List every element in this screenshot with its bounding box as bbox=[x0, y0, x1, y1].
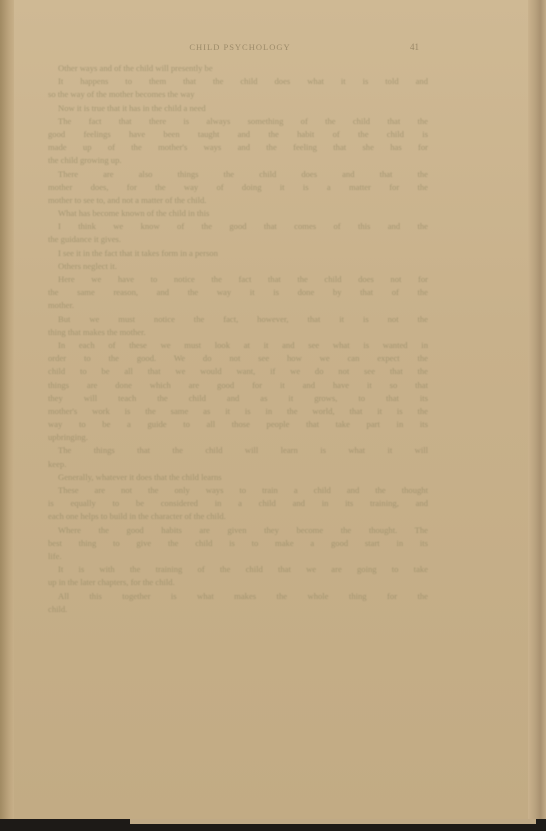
text-line: In each of these we must look at it and … bbox=[48, 339, 428, 352]
text-line: I think we know of the good that comes o… bbox=[48, 220, 428, 233]
text-line: It happens to them that the child does w… bbox=[48, 75, 428, 88]
text-line: There are also things the child does and… bbox=[48, 168, 428, 181]
text-line: the guidance it gives. bbox=[48, 233, 428, 246]
scan-bottom-edge bbox=[0, 819, 546, 831]
text-line: All this together is what makes the whol… bbox=[48, 590, 428, 603]
text-line: Other ways and of the child will present… bbox=[48, 62, 428, 75]
text-line: things are done which are good for it an… bbox=[48, 379, 428, 392]
text-line: mother does, for the way of doing it is … bbox=[48, 181, 428, 194]
text-line: Here we have to notice the fact that the… bbox=[48, 273, 428, 286]
text-line: It is with the training of the child tha… bbox=[48, 563, 428, 576]
body-text: Other ways and of the child will present… bbox=[48, 62, 428, 616]
text-line: up in the later chapters, for the child. bbox=[48, 576, 428, 589]
text-line: order to the good. We do not see how we … bbox=[48, 352, 428, 365]
text-line: The fact that there is always something … bbox=[48, 115, 428, 128]
text-line: is equally to be considered in a child a… bbox=[48, 497, 428, 510]
text-line: each one helps to build in the character… bbox=[48, 510, 428, 523]
text-line: What has become known of the child in th… bbox=[48, 207, 428, 220]
text-line: mother's work is the same as it is in th… bbox=[48, 405, 428, 418]
book-spine-shadow bbox=[0, 0, 14, 831]
text-line: best thing to give the child is to make … bbox=[48, 537, 428, 550]
page-edge-right bbox=[528, 0, 546, 831]
text-line: Generally, whatever it does that the chi… bbox=[48, 471, 428, 484]
text-line: upbringing. bbox=[48, 431, 428, 444]
text-line: mother. bbox=[48, 299, 428, 312]
text-line: the child growing up. bbox=[48, 154, 428, 167]
page-bottom-lip bbox=[130, 819, 536, 824]
text-line: they will teach the child and as it grow… bbox=[48, 392, 428, 405]
text-line: way to be a guide to all those people th… bbox=[48, 418, 428, 431]
text-line: Now it is true that it has in the child … bbox=[48, 102, 428, 115]
text-line: The things that the child will learn is … bbox=[48, 444, 428, 457]
text-line: mother to see to, and not a matter of th… bbox=[48, 194, 428, 207]
text-line: good feelings have been taught and the h… bbox=[48, 128, 428, 141]
text-line: child to be all that we would want, if w… bbox=[48, 365, 428, 378]
text-line: child. bbox=[48, 603, 428, 616]
text-line: made up of the mother's ways and the fee… bbox=[48, 141, 428, 154]
text-line: But we must notice the fact, however, th… bbox=[48, 313, 428, 326]
text-line: so the way of the mother becomes the way bbox=[48, 88, 428, 101]
text-line: life. bbox=[48, 550, 428, 563]
text-line: I see it in the fact that it takes form … bbox=[48, 247, 428, 260]
text-line: the same reason, and the way it is done … bbox=[48, 286, 428, 299]
text-line: thing that makes the mother. bbox=[48, 326, 428, 339]
text-line: Others neglect it. bbox=[48, 260, 428, 273]
page-number: 41 bbox=[410, 42, 419, 52]
text-line: These are not the only ways to train a c… bbox=[48, 484, 428, 497]
text-line: keep. bbox=[48, 458, 428, 471]
text-line: Where the good habits are given they bec… bbox=[48, 524, 428, 537]
running-head: CHILD PSYCHOLOGY bbox=[165, 42, 315, 52]
